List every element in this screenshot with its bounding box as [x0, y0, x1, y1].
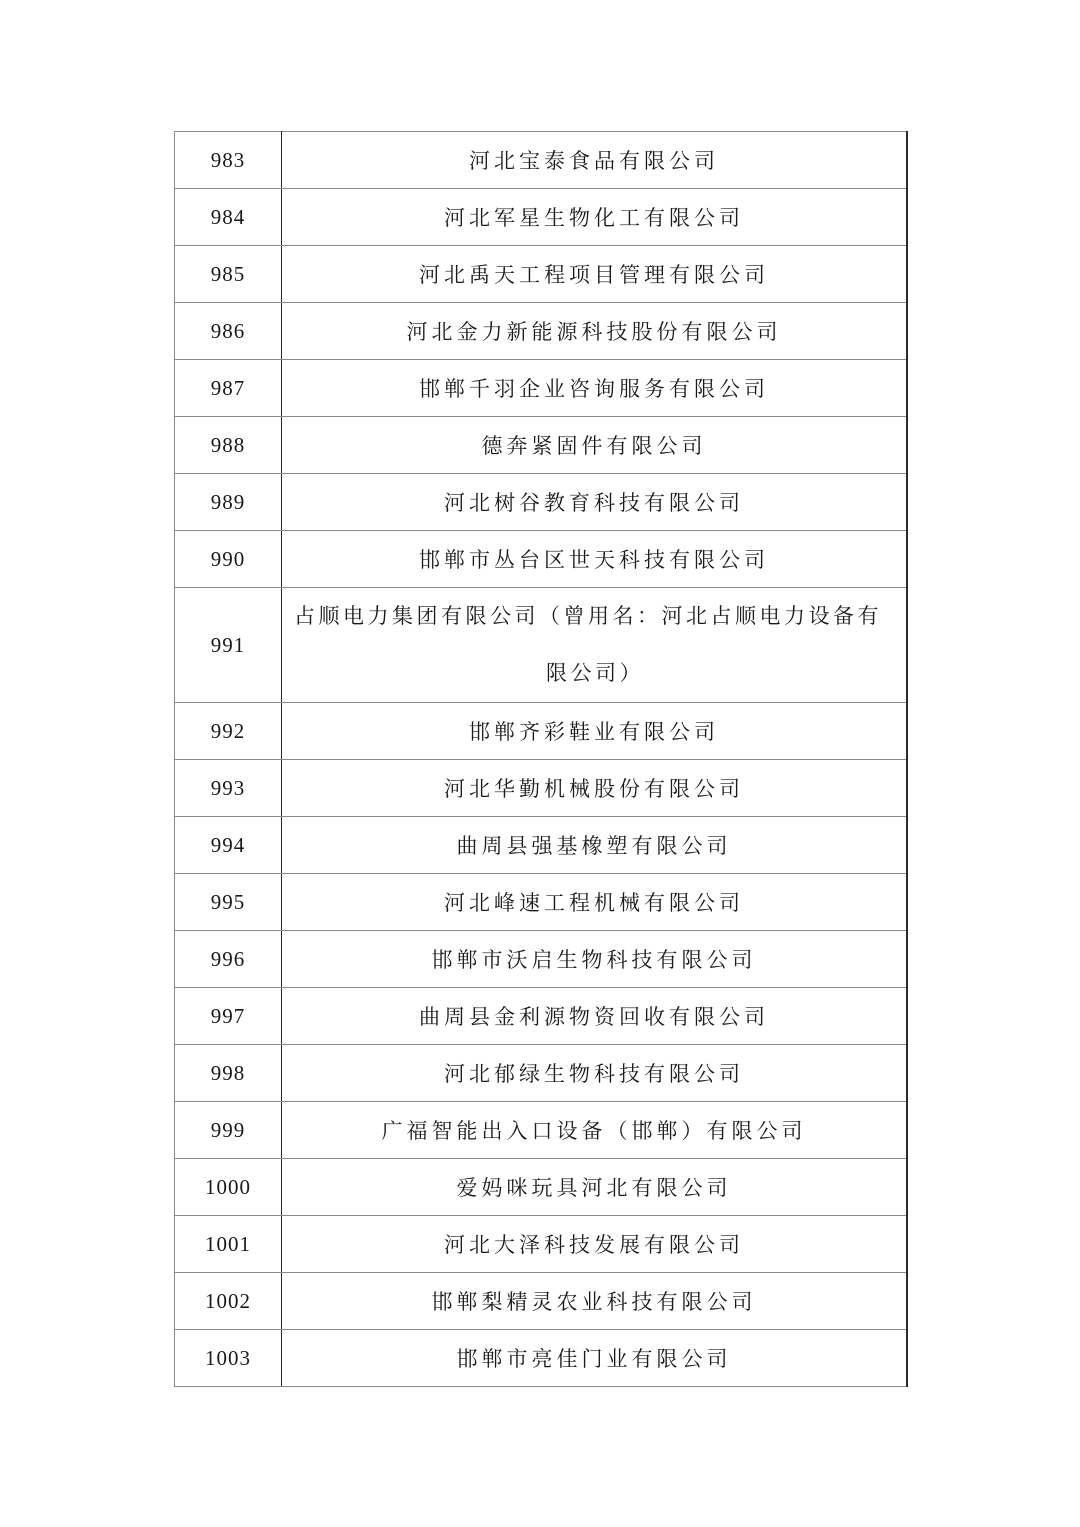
table-row: 994 曲周县强基橡塑有限公司: [175, 817, 908, 874]
table-row: 995 河北峰速工程机械有限公司: [175, 874, 908, 931]
table-row: 991 占顺电力集团有限公司（曾用名：河北占顺电力设备有 限公司）: [175, 588, 908, 703]
company-name: 广福智能出入口设备（邯郸）有限公司: [282, 1102, 908, 1159]
table-row: 993 河北华勤机械股份有限公司: [175, 760, 908, 817]
table-row: 1001 河北大泽科技发展有限公司: [175, 1216, 908, 1273]
table-row: 987 邯郸千羽企业咨询服务有限公司: [175, 360, 908, 417]
row-number: 995: [175, 874, 282, 931]
company-name: 河北华勤机械股份有限公司: [282, 760, 908, 817]
table-row: 988 德奔紧固件有限公司: [175, 417, 908, 474]
company-name: 曲周县金利源物资回收有限公司: [282, 988, 908, 1045]
table-row: 996 邯郸市沃启生物科技有限公司: [175, 931, 908, 988]
document-page: 983 河北宝泰食品有限公司 984 河北军星生物化工有限公司 985 河北禹天…: [0, 0, 1080, 1527]
company-name: 邯郸市丛台区世天科技有限公司: [282, 531, 908, 588]
row-number: 999: [175, 1102, 282, 1159]
company-name: 河北禹天工程项目管理有限公司: [282, 246, 908, 303]
row-number: 1000: [175, 1159, 282, 1216]
row-number: 990: [175, 531, 282, 588]
row-number: 994: [175, 817, 282, 874]
company-name: 河北峰速工程机械有限公司: [282, 874, 908, 931]
company-name-line-2: 限公司）: [294, 645, 896, 702]
company-name: 河北树谷教育科技有限公司: [282, 474, 908, 531]
company-name-line-1: 占顺电力集团有限公司（曾用名：河北占顺电力设备有: [294, 604, 882, 628]
table-row: 984 河北军星生物化工有限公司: [175, 189, 908, 246]
row-number: 993: [175, 760, 282, 817]
company-list-table: 983 河北宝泰食品有限公司 984 河北军星生物化工有限公司 985 河北禹天…: [174, 131, 908, 1387]
row-number: 997: [175, 988, 282, 1045]
row-number: 1001: [175, 1216, 282, 1273]
table-row: 998 河北郁绿生物科技有限公司: [175, 1045, 908, 1102]
table-row: 1002 邯郸梨精灵农业科技有限公司: [175, 1273, 908, 1330]
row-number: 983: [175, 132, 282, 189]
company-name: 河北军星生物化工有限公司: [282, 189, 908, 246]
company-name: 河北大泽科技发展有限公司: [282, 1216, 908, 1273]
table-row: 986 河北金力新能源科技股份有限公司: [175, 303, 908, 360]
row-number: 987: [175, 360, 282, 417]
table-row: 997 曲周县金利源物资回收有限公司: [175, 988, 908, 1045]
company-name: 河北金力新能源科技股份有限公司: [282, 303, 908, 360]
company-name: 邯郸市沃启生物科技有限公司: [282, 931, 908, 988]
row-number: 1003: [175, 1330, 282, 1387]
company-name: 邯郸千羽企业咨询服务有限公司: [282, 360, 908, 417]
company-name: 邯郸齐彩鞋业有限公司: [282, 703, 908, 760]
company-name: 河北郁绿生物科技有限公司: [282, 1045, 908, 1102]
row-number: 985: [175, 246, 282, 303]
company-name: 邯郸市亮佳门业有限公司: [282, 1330, 908, 1387]
row-number: 988: [175, 417, 282, 474]
company-name: 河北宝泰食品有限公司: [282, 132, 908, 189]
row-number: 991: [175, 588, 282, 703]
table-row: 989 河北树谷教育科技有限公司: [175, 474, 908, 531]
row-number: 1002: [175, 1273, 282, 1330]
company-name: 德奔紧固件有限公司: [282, 417, 908, 474]
company-name: 占顺电力集团有限公司（曾用名：河北占顺电力设备有 限公司）: [282, 588, 908, 703]
table-row: 990 邯郸市丛台区世天科技有限公司: [175, 531, 908, 588]
table-row: 1000 爱妈咪玩具河北有限公司: [175, 1159, 908, 1216]
row-number: 986: [175, 303, 282, 360]
company-name: 爱妈咪玩具河北有限公司: [282, 1159, 908, 1216]
row-number: 984: [175, 189, 282, 246]
company-name: 邯郸梨精灵农业科技有限公司: [282, 1273, 908, 1330]
table-row: 983 河北宝泰食品有限公司: [175, 132, 908, 189]
row-number: 996: [175, 931, 282, 988]
row-number: 998: [175, 1045, 282, 1102]
table-row: 992 邯郸齐彩鞋业有限公司: [175, 703, 908, 760]
table-row: 1003 邯郸市亮佳门业有限公司: [175, 1330, 908, 1387]
table-row: 999 广福智能出入口设备（邯郸）有限公司: [175, 1102, 908, 1159]
company-name: 曲周县强基橡塑有限公司: [282, 817, 908, 874]
row-number: 992: [175, 703, 282, 760]
row-number: 989: [175, 474, 282, 531]
table-row: 985 河北禹天工程项目管理有限公司: [175, 246, 908, 303]
